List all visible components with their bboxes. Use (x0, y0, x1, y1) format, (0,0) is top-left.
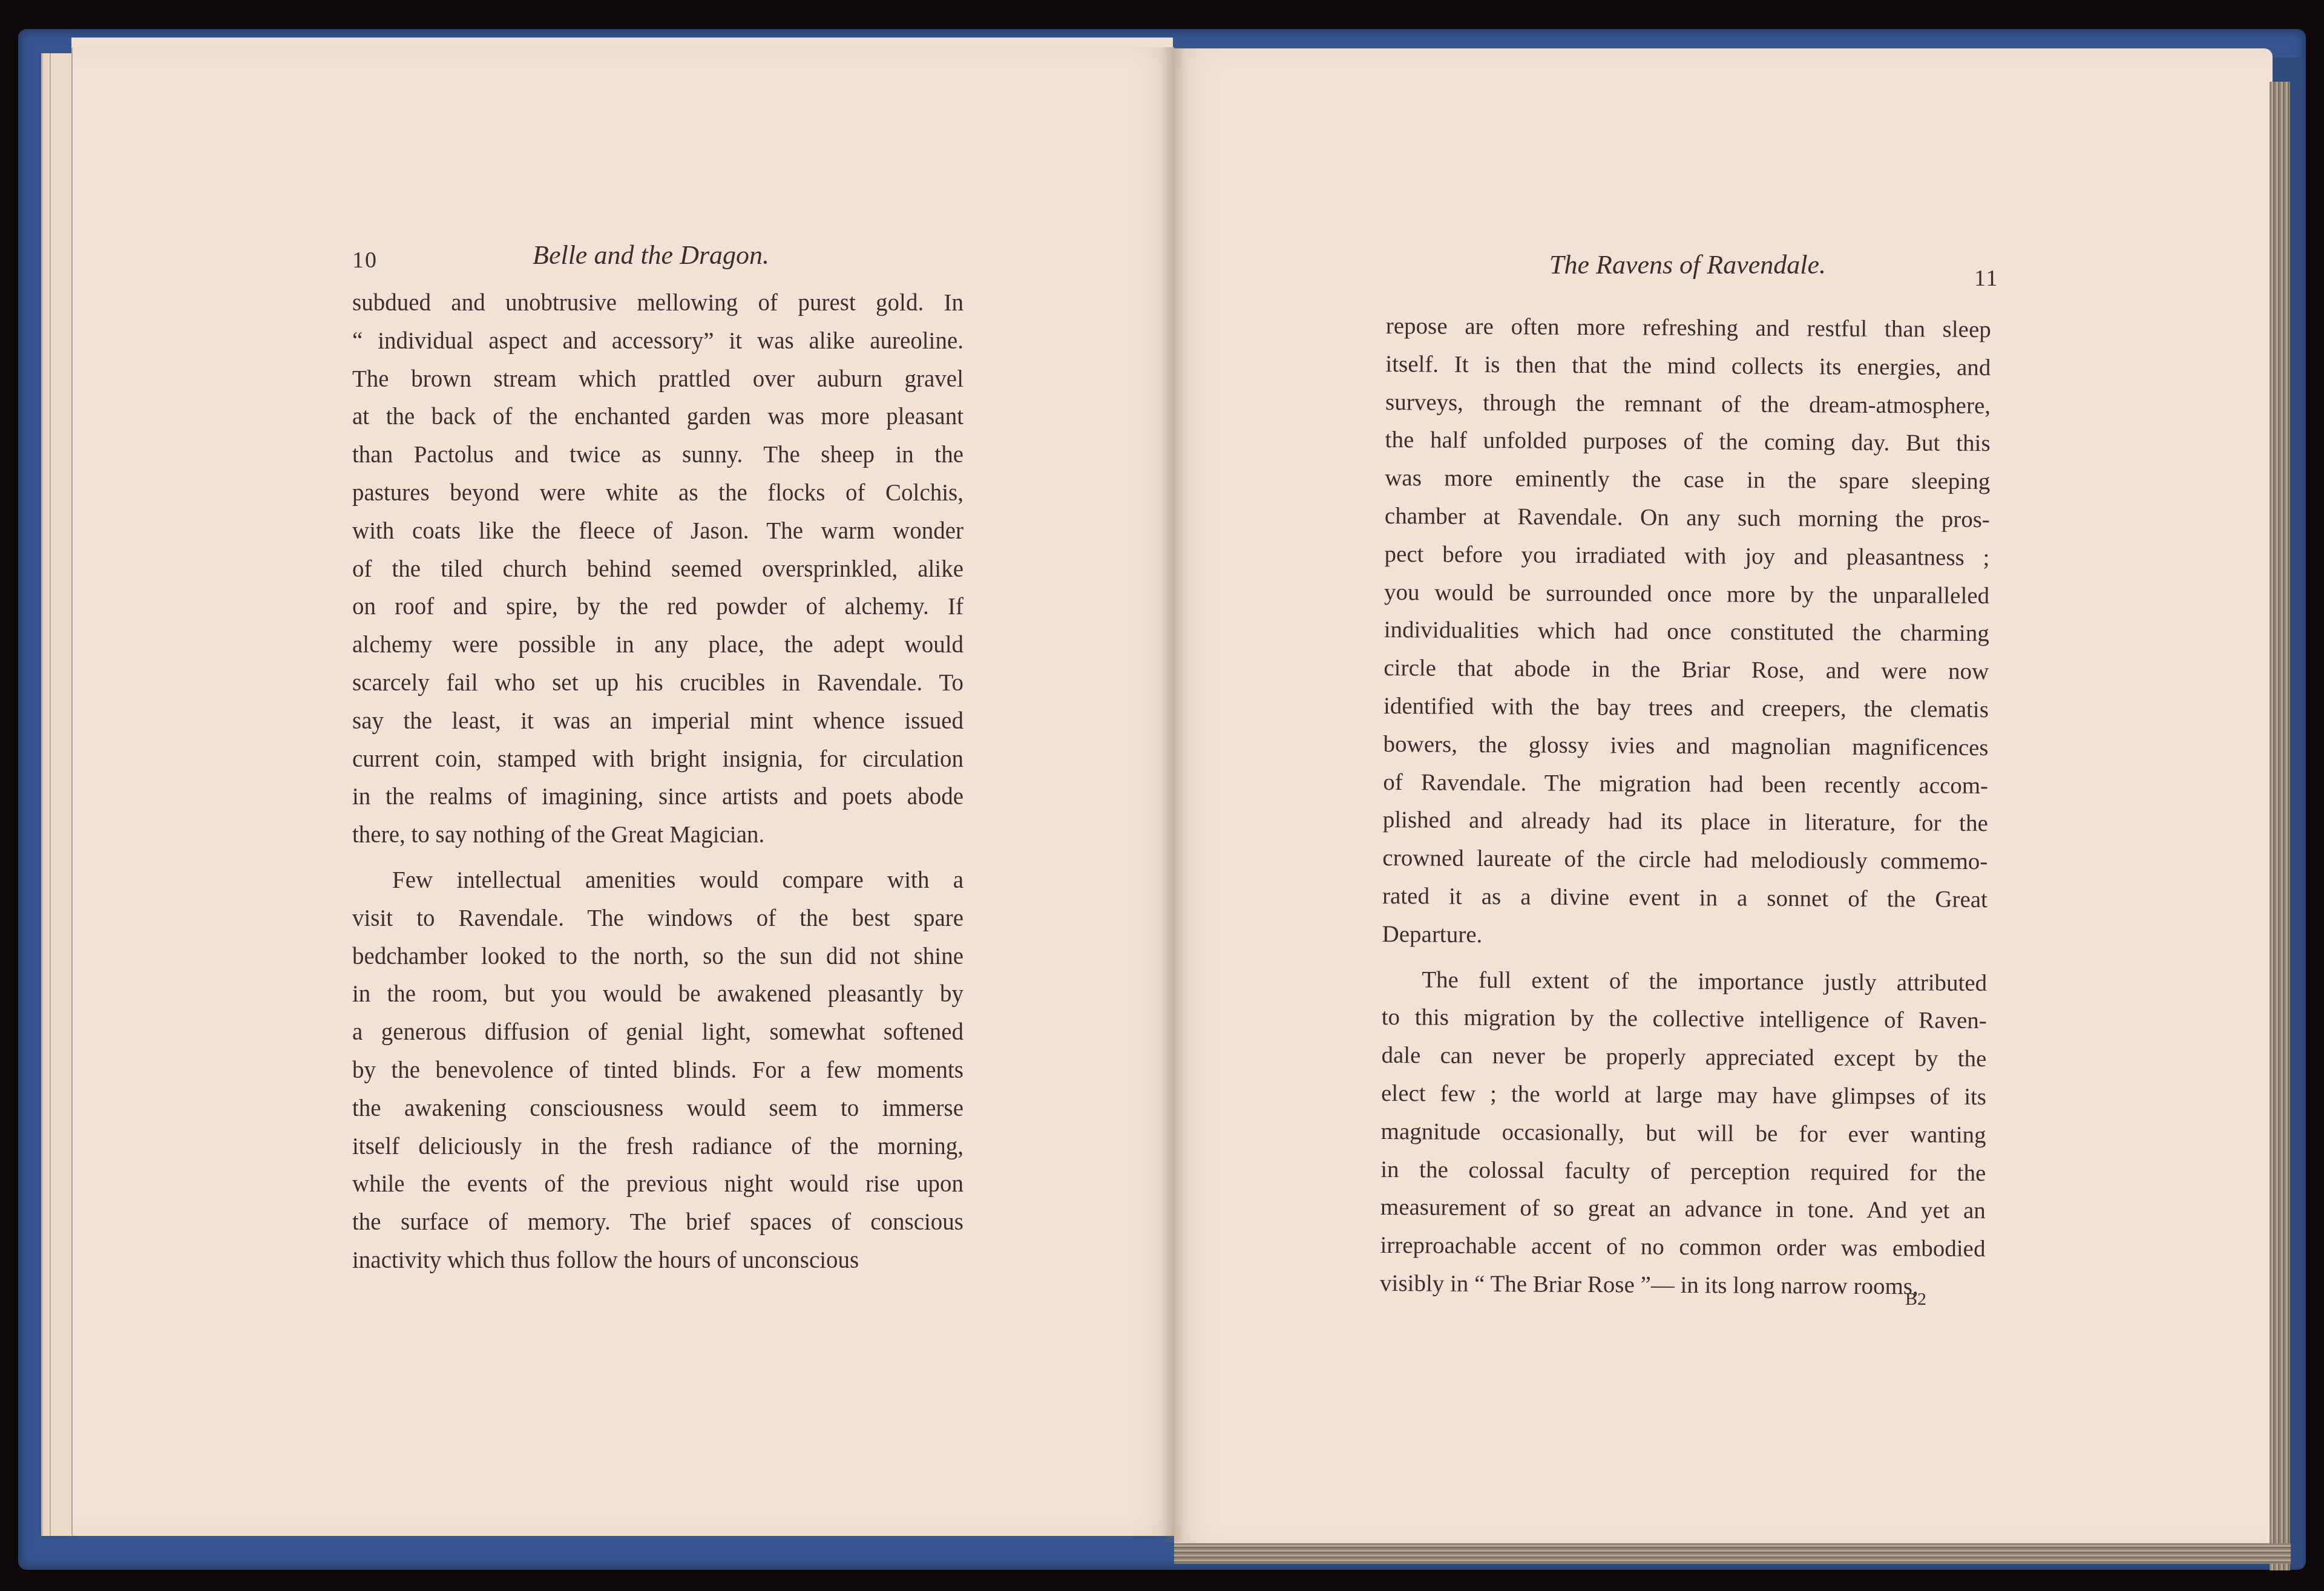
text-line: on roof and spire, by the red powder of … (352, 588, 963, 626)
text-line: pect before you irradiated with joy and … (1384, 536, 1989, 577)
text-line: was more eminently the case in the spare… (1385, 459, 1990, 501)
text-line: “ individual aspect and accessory” it wa… (352, 323, 963, 361)
text-line: the surface of memory. The brief spaces … (352, 1204, 963, 1242)
right-running-head: The Ravens of Ravendale. (1549, 249, 1826, 280)
left-page-text: subdued and unobtrusive mellowing of pur… (352, 284, 963, 1280)
text-line: chamber at Ravendale. On any such mornin… (1385, 497, 1990, 539)
text-line: of the tiled church behind seemed oversp… (352, 551, 963, 589)
text-line: to this migration by the collective inte… (1382, 999, 1987, 1040)
text-line: you would be surrounded once more by the… (1384, 574, 1989, 615)
text-line: visibly in “ The Briar Rose ”— in its lo… (1380, 1265, 1985, 1307)
text-line: repose are often more refreshing and res… (1386, 307, 1991, 349)
text-line: plished and already had its place in lit… (1383, 801, 1988, 843)
signature-mark: B2 (1905, 1289, 1926, 1310)
text-line: the half unfolded purposes of the coming… (1385, 421, 1990, 463)
text-line: circle that abode in the Briar Rose, and… (1384, 649, 1989, 691)
text-line: bowers, the glossy ivies and magnolian m… (1383, 726, 1988, 767)
text-line: bedchamber looked to the north, so the s… (352, 938, 963, 976)
text-line: itself deliciously in the fresh radiance… (352, 1128, 963, 1166)
text-line: The brown stream which prattled over aub… (352, 361, 963, 399)
text-line: The full extent of the importance justly… (1382, 961, 1987, 1003)
text-line: current coin, stamped with bright insign… (352, 741, 963, 779)
paragraph: Few intellectual amenities would compare… (352, 862, 963, 1280)
text-line: Departure. (1382, 916, 1987, 957)
right-page-text: repose are often more refreshing and res… (1380, 307, 1991, 1307)
text-line: subdued and unobtrusive mellowing of pur… (352, 284, 963, 323)
text-line: scarcely fail who set up his crucibles i… (352, 664, 963, 703)
text-line: dale can never be properly appreciated e… (1381, 1037, 1986, 1078)
text-line: of Ravendale. The migration had been rec… (1383, 764, 1988, 805)
text-line: at the back of the enchanted garden was … (352, 398, 963, 436)
text-line: while the events of the previous night w… (352, 1166, 963, 1204)
left-running-head: Belle and the Dragon. (533, 240, 769, 271)
text-line: crowned laureate of the circle had melod… (1382, 839, 1988, 881)
text-line: in the room, but you would be awakened p… (352, 976, 963, 1014)
text-line: alchemy were possible in any place, the … (352, 626, 963, 664)
text-line: individualities which had once constitut… (1384, 611, 1989, 653)
text-line: there, to say nothing of the Great Magic… (352, 816, 963, 855)
left-page-number: 10 (352, 247, 378, 274)
text-line: itself. It is then that the mind collect… (1385, 346, 1991, 387)
right-page-stack (2270, 82, 2290, 1570)
paragraph: subdued and unobtrusive mellowing of pur… (352, 284, 963, 855)
text-line: irreproachable accent of no common order… (1380, 1227, 1985, 1268)
right-page-number: 11 (1974, 265, 1999, 292)
text-line: in the colossal faculty of perception re… (1380, 1151, 1986, 1193)
bottom-page-stack (1174, 1543, 2291, 1564)
paragraph: repose are often more refreshing and res… (1382, 307, 1991, 957)
text-line: Few intellectual amenities would compare… (352, 862, 963, 900)
text-line: surveys, through the remnant of the drea… (1385, 384, 1991, 425)
text-line: a generous diffusion of genial light, so… (352, 1014, 963, 1052)
text-line: visit to Ravendale. The windows of the b… (352, 900, 963, 938)
text-line: magnitude occasionally, but will be for … (1380, 1113, 1986, 1155)
text-line: in the realms of imagining, since artist… (352, 778, 963, 816)
text-line: with coats like the fleece of Jason. The… (352, 513, 963, 551)
text-line: than Pactolus and twice as sunny. The sh… (352, 436, 963, 474)
text-line: by the benevolence of tinted blinds. For… (352, 1052, 963, 1090)
book-gutter (1161, 47, 1185, 1542)
text-line: rated it as a divine event in a sonnet o… (1382, 878, 1988, 919)
text-line: say the least, it was an imperial mint w… (352, 703, 963, 741)
text-line: the awakening consciousness would seem t… (352, 1090, 963, 1128)
paragraph: The full extent of the importance justly… (1380, 961, 1987, 1307)
text-line: elect few ; the world at large may have … (1381, 1075, 1986, 1117)
text-line: identified with the bay trees and creepe… (1384, 687, 1989, 729)
text-line: inactivity which thus follow the hours o… (352, 1242, 963, 1280)
text-line: pastures beyond were white as the flocks… (352, 474, 963, 513)
text-line: measurement of so great an advance in to… (1380, 1189, 1986, 1230)
